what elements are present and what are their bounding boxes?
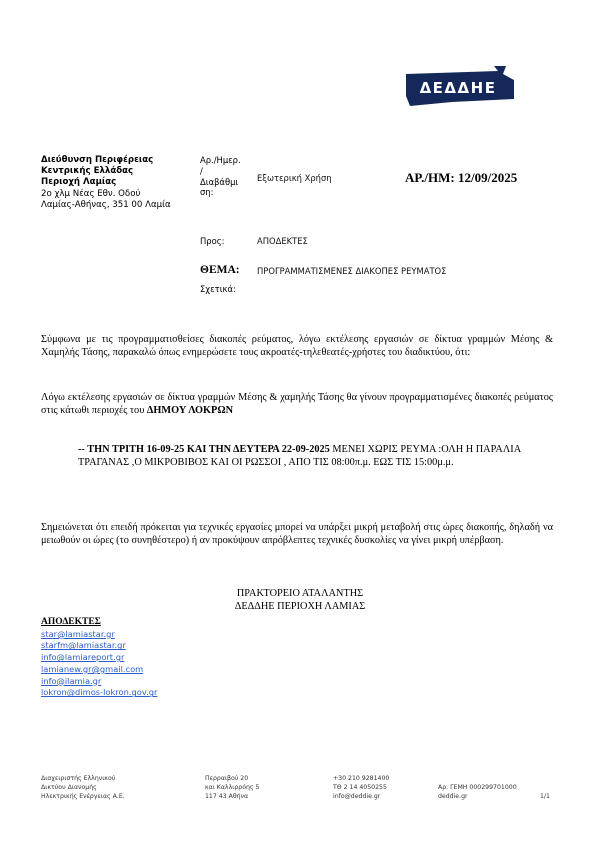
footer-address: Περραιβού 20 και Καλλιρρόης 5 117 43 Αθή… [205, 774, 259, 802]
classification-label-line: Αρ./Ημερ. [200, 155, 241, 166]
sender-address: Διεύθυνση Περιφέρειας Κεντρικής Ελλάδας … [41, 155, 171, 211]
sender-department: Διεύθυνση Περιφέρειας [41, 155, 171, 166]
footer-line: deddie.gr [438, 792, 517, 801]
footer-company: Διαχειριστής Ελληνικού Δικτύου Διανομής … [41, 774, 125, 802]
recipients-list: ΑΠΟΔΕΚΤΕΣ star@lamiastar.gr starfm@lamia… [41, 617, 157, 699]
recipient-email[interactable]: info@ilamia.gr [41, 676, 157, 688]
subject-label: ΘΕΜΑ: [200, 264, 240, 276]
footer-line: ΤΘ 2 14 4050255 [333, 783, 389, 792]
works-text: Λόγω εκτέλεσης εργασιών σε δίκτυα γραμμώ… [41, 392, 553, 416]
related-label: Σχετικά: [200, 284, 236, 295]
recipient-email[interactable]: lamianew.gr@gmail.com [41, 664, 157, 676]
recipients-title: ΑΠΟΔΕΚΤΕΣ [41, 617, 157, 629]
to-value: ΑΠΟΔΕΚΤΕΣ [257, 236, 308, 246]
sender-region: Κεντρικής Ελλάδας [41, 166, 171, 177]
footer-line: Ηλεκτρικής Ενέργειας Α.Ε. [41, 792, 125, 801]
footer-line: Αρ. ΓΕΜΗ 000299701000 [438, 783, 517, 792]
recipient-email[interactable]: info@lamiareport.gr [41, 652, 157, 664]
reference-date: ΑΡ./ΗΜ: 12/09/2025 [405, 170, 517, 186]
footer-line: και Καλλιρρόης 5 [205, 783, 259, 792]
works-paragraph: Λόγω εκτέλεσης εργασιών σε δίκτυα γραμμώ… [41, 391, 553, 418]
recipient-email[interactable]: lokron@dimos-lokron.gov.gr [41, 687, 157, 699]
footer-line: Περραιβού 20 [205, 774, 259, 783]
classification-label-line: ση: [200, 187, 241, 198]
signature-office: ΠΡΑΚΤΟΡΕΙΟ ΑΤΑΛΑΝΤΗΣ [180, 588, 420, 601]
classification-value: Εξωτερική Χρήση [257, 173, 332, 183]
outage-schedule: -- ΤΗΝ ΤΡΙΤΗ 16-09-25 ΚΑΙ ΤΗΝ ΔΕΥΤΕΡΑ 22… [78, 443, 555, 470]
note-paragraph: Σημειώνεται ότι επειδή πρόκειται για τεχ… [41, 521, 553, 548]
footer-line: 117 43 Αθήνα [205, 792, 259, 801]
sender-area: Περιοχή Λαμίας [41, 177, 171, 188]
footer-line: Διαχειριστής Ελληνικού [41, 774, 125, 783]
signature-region: ΔΕΔΔΗΕ ΠΕΡΙΟΧΗ ΛΑΜΙΑΣ [180, 601, 420, 614]
deddie-logo: ΔΕΔΔΗΕ [402, 66, 514, 106]
outage-dates: -- ΤΗΝ ΤΡΙΤΗ 16-09-25 ΚΑΙ ΤΗΝ ΔΕΥΤΕΡΑ 22… [78, 444, 330, 455]
classification-label: Αρ./Ημερ. / Διαβάθμι ση: [200, 155, 241, 198]
signature-block: ΠΡΑΚΤΟΡΕΙΟ ΑΤΑΛΑΝΤΗΣ ΔΕΔΔΗΕ ΠΕΡΙΟΧΗ ΛΑΜΙ… [180, 588, 420, 613]
classification-label-line: Διαβάθμι [200, 177, 241, 188]
svg-text:ΔΕΔΔΗΕ: ΔΕΔΔΗΕ [420, 79, 497, 97]
footer-line: info@deddie.gr [333, 792, 389, 801]
classification-label-line: / [200, 166, 241, 177]
to-label: Προς: [200, 236, 224, 247]
municipality-name: ΔΗΜΟΥ ΛΟΚΡΩΝ [147, 405, 233, 416]
footer-line: Δικτύου Διανομής [41, 783, 125, 792]
footer-registry: Αρ. ΓΕΜΗ 000299701000 deddie.gr [438, 783, 517, 801]
recipient-email[interactable]: starfm@lamiastar.gr [41, 640, 157, 652]
subject-value: ΠΡΟΓΡΑΜΜΑΤΙΣΜΕΝΕΣ ΔΙΑΚΟΠΕΣ ΡΕΥΜΑΤΟΣ [257, 266, 446, 276]
intro-paragraph: Σύμφωνα με τις προγραμματισθείσες διακοπ… [41, 333, 553, 360]
page-number: 1/1 [540, 792, 550, 801]
sender-street: 2ο χλμ Νέας Εθν. Οδού [41, 189, 171, 200]
footer-line: +30 210 9281400 [333, 774, 389, 783]
footer-contact: +30 210 9281400 ΤΘ 2 14 4050255 info@ded… [333, 774, 389, 802]
recipient-email[interactable]: star@lamiastar.gr [41, 629, 157, 641]
sender-city: Λαμίας-Αθήνας, 351 00 Λαμία [41, 200, 171, 211]
